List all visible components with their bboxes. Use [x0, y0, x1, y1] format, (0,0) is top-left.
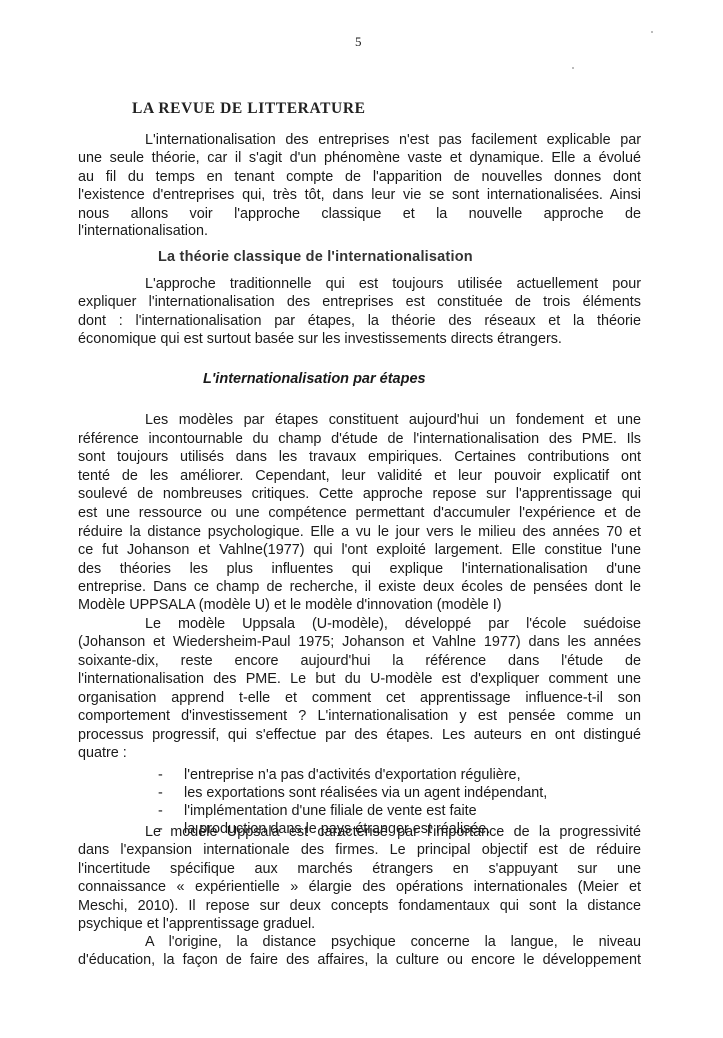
intro-line: nous allons voir l'approche classique et… — [78, 205, 641, 223]
stage-text: l'implémentation d'une filiale de vente … — [184, 803, 477, 819]
uppsala-line: (Johanson et Wiedersheim-Paul 1975; Joha… — [78, 633, 641, 651]
progress-line: psychique et l'apprentissage graduel. — [78, 915, 641, 933]
uppsala-line: soixante-dix, reste encore aujourd'hui l… — [78, 652, 641, 670]
section2-line: Modèle UPPSALA (modèle U) et le modèle d… — [78, 596, 641, 614]
progress-line: Le modèle Uppsala est caractérisé par l'… — [145, 823, 641, 841]
stage-list-item: -l'implémentation d'une filiale de vente… — [158, 802, 477, 820]
section2-line: ce fut Johanson et Vahlne(1977) qui l'on… — [78, 541, 641, 559]
scan-speck — [572, 67, 574, 69]
stage-text: les exportations sont réalisées via un a… — [184, 785, 547, 801]
distance-line: d'éducation, la façon de faire des affai… — [78, 951, 641, 969]
section2-line: réduire la distance psychologique. Elle … — [78, 523, 641, 541]
section-title-classic-theory: La théorie classique de l'internationali… — [158, 249, 473, 265]
bullet-dash-icon: - — [158, 784, 184, 802]
section-title-stages: L'internationalisation par étapes — [203, 371, 426, 387]
section2-line: soulevé de nombreuses critiques. Cette a… — [78, 485, 641, 503]
progress-line: Meschi, 2010). Il repose sur deux concep… — [78, 897, 641, 915]
stage-text: l'entreprise n'a pas d'activités d'expor… — [184, 767, 521, 783]
intro-line: l'internationalisation. — [78, 222, 641, 240]
section1-line: expliquer l'internationalisation des ent… — [78, 293, 641, 311]
section2-line: est une ressource ou une compétence perm… — [78, 504, 641, 522]
uppsala-line: quatre : — [78, 744, 641, 762]
uppsala-line: l'internationalisation des PME. Le but d… — [78, 670, 641, 688]
section1-line: dont : l'internationalisation par étapes… — [78, 312, 641, 330]
uppsala-line: Le modèle Uppsala (U-modèle), développé … — [145, 615, 641, 633]
uppsala-line: processus progressif, qui s'effectue par… — [78, 726, 641, 744]
uppsala-line: organisation apprend t-elle et comment c… — [78, 689, 641, 707]
stage-list-item: -les exportations sont réalisées via un … — [158, 784, 547, 802]
section2-line: des théories les plus influentes qui exp… — [78, 560, 641, 578]
distance-line: A l'origine, la distance psychique conce… — [145, 933, 641, 951]
scan-speck — [651, 31, 653, 33]
section1-line: L'approche traditionnelle qui est toujou… — [145, 275, 641, 293]
bullet-dash-icon: - — [158, 802, 184, 820]
section2-line: tenté de les améliorer. Cependant, leur … — [78, 467, 641, 485]
section2-line: sont toujours utilisés dans les travaux … — [78, 448, 641, 466]
page-number: 5 — [355, 34, 362, 50]
progress-line: connaissance « expérientielle » élargie … — [78, 878, 641, 896]
progress-line: l'incertitude spécifique aux marchés étr… — [78, 860, 641, 878]
intro-line: une seule théorie, car il s'agit d'un ph… — [78, 149, 641, 167]
section2-line: Les modèles par étapes constituent aujou… — [145, 411, 641, 429]
uppsala-line: comportement d'investissement ? L'intern… — [78, 707, 641, 725]
section2-line: référence incontournable du champ d'étud… — [78, 430, 641, 448]
bullet-dash-icon: - — [158, 766, 184, 784]
section1-line: économique qui est surtout basée sur les… — [78, 330, 641, 348]
intro-line: au fil du temps en tenant compte de l'ap… — [78, 168, 641, 186]
intro-line: L'internationalisation des entreprises n… — [145, 131, 641, 149]
intro-line: l'existence d'entreprises qui, très tôt,… — [78, 186, 641, 204]
stage-list-item: -l'entreprise n'a pas d'activités d'expo… — [158, 766, 521, 784]
page-heading: LA REVUE DE LITTERATURE — [132, 100, 366, 118]
section2-line: entreprise. Dans ce champ de recherche, … — [78, 578, 641, 596]
progress-line: dans l'expansion internationale des firm… — [78, 841, 641, 859]
